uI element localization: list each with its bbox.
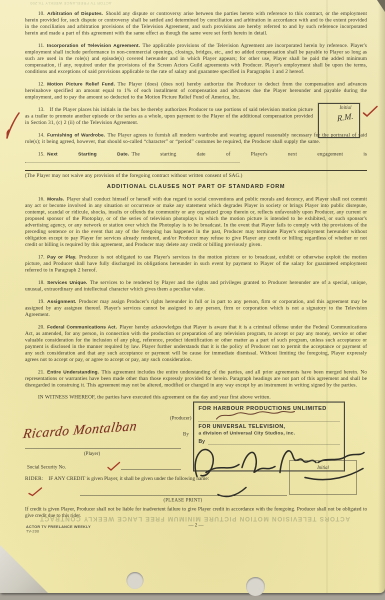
rider-initial-box: Initial	[289, 461, 357, 495]
folded-corner	[0, 545, 48, 593]
clause-16: 16.Morals.Player shall conduct himself o…	[25, 196, 367, 249]
clause-text: The starting date of Player's next engag…	[132, 152, 367, 158]
clause-number: 10.	[38, 11, 45, 17]
form-number: TV-200	[26, 529, 91, 534]
stamp-by-label: By	[199, 439, 205, 445]
contract-paper: ACTOR TV FREELANCE WEEKLY TV-200 10.Arbi…	[0, 0, 385, 593]
clause-title: Services Unique.	[47, 280, 87, 286]
clause-14: 14.Furnishing of Wardrobe.The Player agr…	[25, 132, 367, 146]
clause-title: Assignment.	[47, 299, 76, 305]
clause-text: Player hereby acknowledges that Player i…	[25, 325, 367, 363]
player-signature-line	[25, 449, 181, 450]
clause-title: Morals.	[47, 196, 64, 202]
clause-number: 11.	[38, 43, 44, 49]
clause-10: 10.Arbitration of Disputes.Should any di…	[25, 10, 367, 37]
signature-section: Ricardo Montalban (Player) Social Securi…	[25, 403, 367, 531]
clause-title: Next Starting Date.	[47, 151, 129, 157]
page-number: — 2 —	[175, 523, 217, 529]
ssn-line	[121, 470, 181, 471]
producer-caption: (Producer)	[170, 416, 191, 422]
trailer-initial-box: Initial R.M.	[318, 103, 360, 138]
hole-punch	[127, 572, 144, 589]
clause-number: 20.	[38, 325, 45, 331]
clause-20: 20.Federal Communications Act.Player her…	[25, 324, 367, 364]
clause-11: 11.Incorporation of Television Agreement…	[25, 42, 367, 75]
clause-number: 14.	[38, 133, 45, 139]
player-caption: (Player)	[84, 451, 100, 457]
rider-line: RIDER:IF ANY CREDIT is given Player, it …	[25, 476, 285, 483]
clause-number: 13.	[38, 107, 45, 113]
clause-title: Entire Understanding.	[47, 369, 99, 375]
please-print-caption: (PLEASE PRINT)	[133, 498, 233, 504]
clause-text: Player shall conduct himself or herself …	[25, 197, 367, 248]
clause-title: Furnishing of Wardrobe.	[47, 132, 105, 138]
hole-punch	[246, 577, 265, 596]
player-initials: R.M.	[324, 112, 354, 126]
scanned-contract-screenshot: ACTOR TV FREELANCE WEEKLY TV-200 10.Arbi…	[0, 0, 385, 600]
stamp-by-line	[208, 439, 340, 446]
sag-waiver-note: (The Player may not waive any provision …	[25, 173, 367, 180]
ssn-label: Social Security No.	[27, 465, 66, 471]
divider-rule	[25, 170, 367, 171]
clause-number: 19.	[38, 299, 45, 305]
red-checkmark-icon	[28, 487, 43, 497]
clause-number: 18.	[38, 280, 45, 286]
clause-number: 16.	[38, 197, 45, 203]
clause-21: 21.Entire Understanding.This agreement i…	[25, 369, 367, 389]
credit-name-line	[80, 496, 287, 497]
clause-number: 17.	[38, 255, 45, 261]
witness-clause: IN WITNESS WHEREOF, the parties have exe…	[25, 394, 367, 401]
clause-18: 18.Services Unique.The services to be re…	[25, 279, 367, 293]
clause-title: Federal Communications Act.	[47, 324, 117, 330]
rider-initial-label: Initial	[290, 465, 357, 471]
clause-19: 19.Assignment.Producer may assign Produc…	[25, 298, 367, 318]
clause-title: Arbitration of Disputes.	[47, 11, 103, 17]
clause-title: Incorporation of Television Agreement.	[47, 43, 140, 49]
clause-number: 12.	[38, 82, 45, 88]
rider-disclaimer: If credit is given Player, Producer shal…	[25, 507, 367, 520]
red-checkmark-icon	[362, 105, 379, 118]
clause-title: Motion Picture Relief Fund.	[47, 81, 115, 87]
contract-body: 10.Arbitration of Disputes.Should any di…	[0, 0, 385, 531]
red-checkmark-icon	[107, 462, 121, 472]
rider-text: IF ANY CREDIT is given Player, it shall …	[49, 476, 210, 482]
stamp-line-3: a division of Universal City Studios, In…	[199, 430, 340, 437]
clause-number: 21.	[38, 370, 45, 376]
clause-text: If the Player places his initials in the…	[25, 107, 313, 126]
clause-title: Pay or Play.	[47, 254, 76, 260]
stamp-line-2: FOR UNIVERSAL TELEVISION,	[199, 423, 340, 430]
clause-15: 15.Next Starting Date.The starting date …	[25, 151, 367, 165]
stamp-signature-line	[199, 412, 340, 422]
additional-clauses-heading: ADDITIONAL CLAUSES NOT PART OF STANDARD …	[25, 183, 367, 190]
clause-number: 15.	[38, 152, 45, 158]
producer-by-label: By	[183, 432, 189, 438]
form-identifier: ACTOR TV FREELANCE WEEKLY TV-200	[26, 525, 91, 534]
blank-fill-line	[25, 158, 240, 163]
clause-12: 12.Motion Picture Relief Fund.The Player…	[25, 81, 367, 101]
clause-13: 13.If the Player places his initials in …	[25, 106, 367, 126]
rider-label: RIDER:	[25, 476, 44, 482]
clause-17: 17.Pay or Play.Producer is not obligated…	[25, 254, 367, 274]
stamp-line-1: FOR HARBOUR PRODUCTIONS UNLIMITED	[199, 405, 340, 412]
